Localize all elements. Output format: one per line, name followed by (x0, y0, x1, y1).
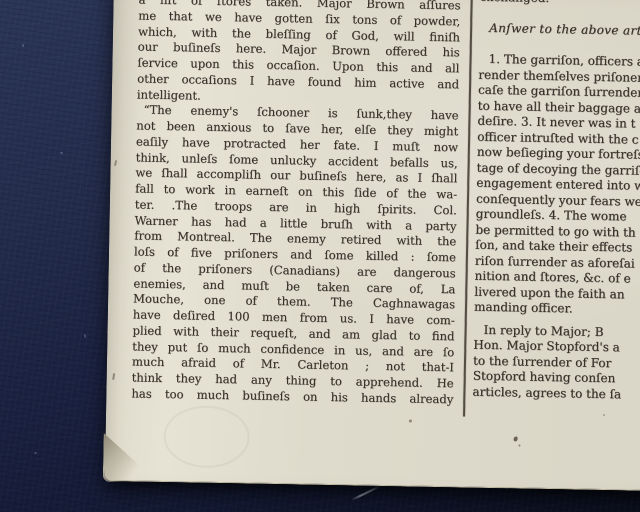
ink-speck (603, 414, 605, 416)
text-line: Anſwer to the above articles (479, 20, 640, 41)
text-line: articles, agrees to the ſa (472, 384, 640, 405)
ink-speck (409, 419, 412, 422)
background-speck (22, 44, 24, 47)
margin-mark (112, 373, 115, 380)
right-text-column: exchanged.Anſwer to the above articles1.… (472, 0, 640, 405)
paper-watermark (163, 405, 250, 469)
margin-mark (114, 160, 117, 166)
paper-corner-fold (103, 430, 160, 483)
column-divider-rule (463, 0, 472, 416)
photo-background: a liſt of ſtores taken. Major Brown aſſu… (0, 0, 640, 512)
text-line: manding officer. (474, 300, 640, 321)
ink-speck (518, 444, 520, 446)
left-text-column: a liſt of ſtores taken. Major Brown aſſu… (131, 0, 460, 408)
ink-speck (514, 436, 518, 441)
background-speck (34, 452, 37, 454)
text-line: exchanged. (480, 0, 640, 11)
newspaper-page: a liſt of ſtores taken. Major Brown aſſu… (105, 0, 640, 494)
